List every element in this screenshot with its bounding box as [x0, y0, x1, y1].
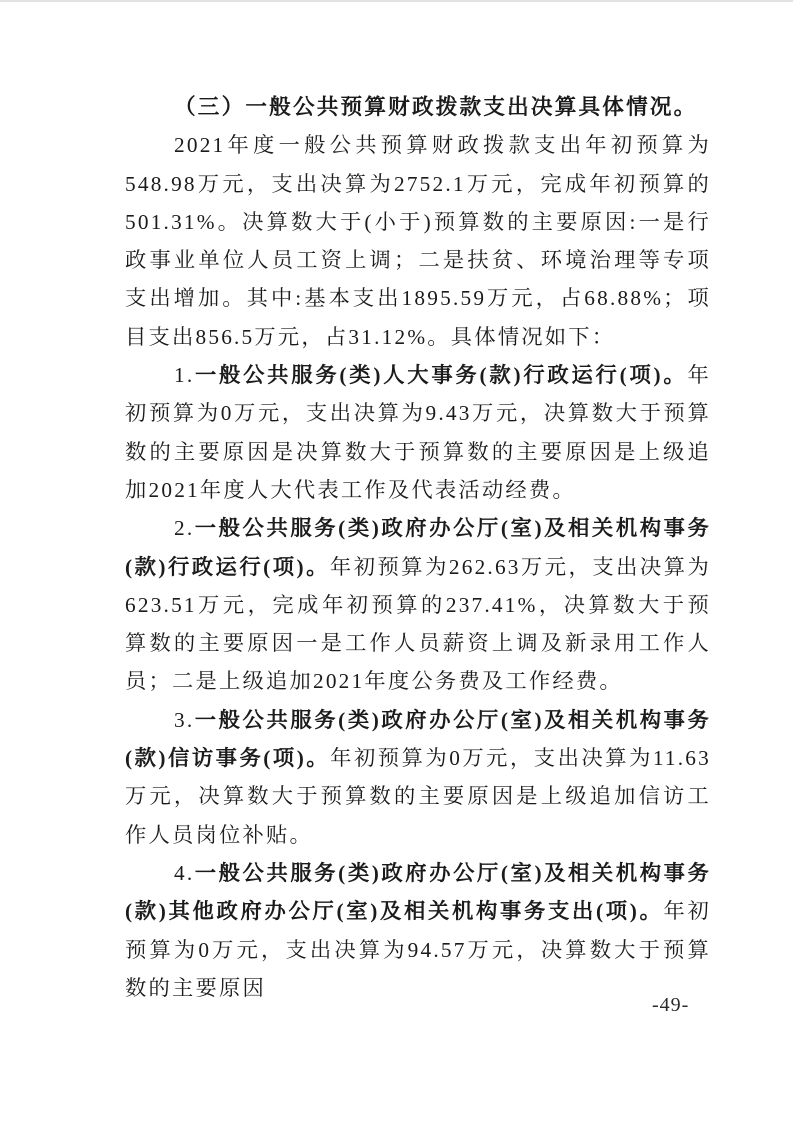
item-2-number: 2. — [174, 516, 194, 540]
text-block: （三）一般公共预算财政拨款支出决算具体情况。 2021年度一般公共预算财政拨款支… — [125, 88, 711, 1007]
item-4-title: 一般公共服务(类)政府办公厅(室)及相关机构事务(款)其他政府办公厅(室)及相关… — [125, 861, 711, 923]
item-1-number: 1. — [174, 363, 194, 387]
budget-item-4: 4.一般公共服务(类)政府办公厅(室)及相关机构事务(款)其他政府办公厅(室)及… — [125, 854, 711, 1007]
section-heading: （三）一般公共预算财政拨款支出决算具体情况。 — [125, 88, 711, 126]
item-3-number: 3. — [174, 708, 194, 732]
intro-paragraph: 2021年度一般公共预算财政拨款支出年初预算为548.98万元，支出决算为275… — [125, 126, 711, 356]
budget-item-3: 3.一般公共服务(类)政府办公厅(室)及相关机构事务(款)信访事务(项)。年初预… — [125, 701, 711, 854]
item-1-title: 一般公共服务(类)人大事务(款)行政运行(项)。 — [194, 363, 687, 387]
page-number: -49- — [652, 994, 689, 1017]
document-page: （三）一般公共预算财政拨款支出决算具体情况。 2021年度一般公共预算财政拨款支… — [0, 0, 793, 1122]
item-4-number: 4. — [174, 861, 194, 885]
budget-item-1: 1.一般公共服务(类)人大事务(款)行政运行(项)。年初预算为0万元，支出决算为… — [125, 356, 711, 509]
budget-item-2: 2.一般公共服务(类)政府办公厅(室)及相关机构事务(款)行政运行(项)。年初预… — [125, 509, 711, 700]
